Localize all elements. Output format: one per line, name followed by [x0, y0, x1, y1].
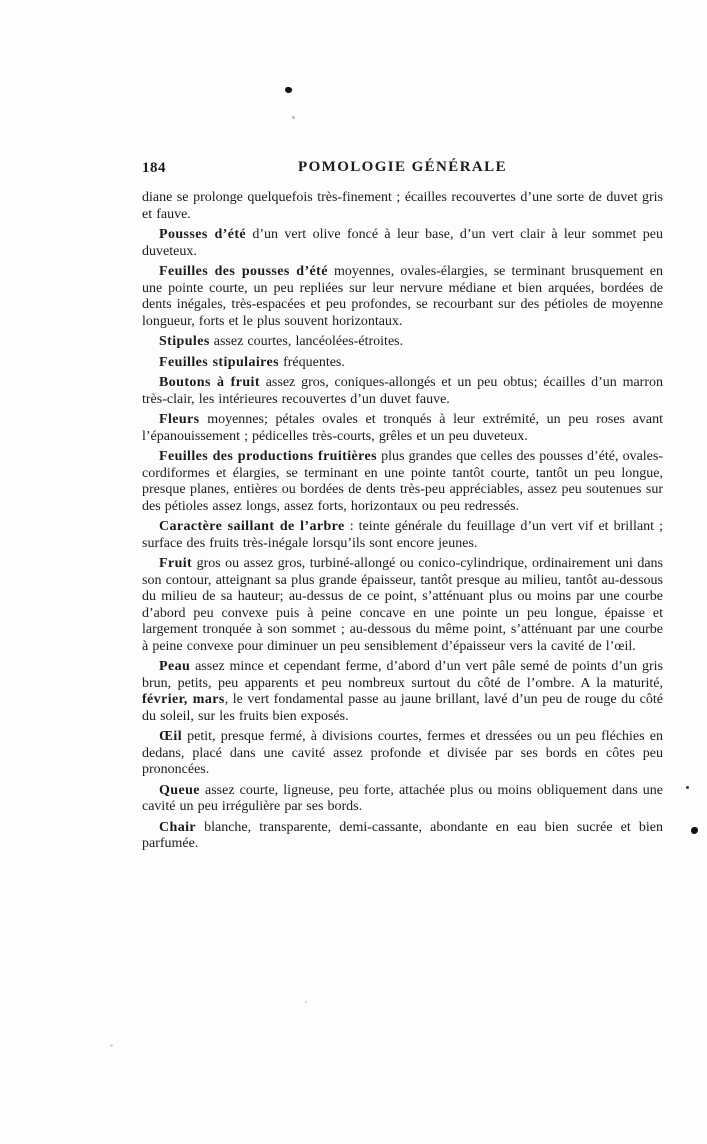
paragraph: Caractère saillant de l’arbre : teinte g…	[142, 519, 663, 552]
paragraph-text: fréquentes.	[279, 355, 345, 370]
bold-headword: Œil	[159, 729, 182, 744]
ink-speck	[292, 116, 295, 119]
paragraph-text: petit, presque fermé, à divisions courte…	[142, 729, 663, 777]
paragraph: Peau assez mince et cependant ferme, d’a…	[142, 659, 663, 725]
page-header: 184 POMOLOGIE GÉNÉRALE	[142, 159, 663, 179]
paragraph: Queue assez courte, ligneuse, peu forte,…	[142, 783, 663, 816]
paragraph-text: assez mince et cependant ferme, d’abord …	[142, 659, 663, 691]
page-number: 184	[142, 160, 166, 177]
paragraph: Œil petit, presque fermé, à divisions co…	[142, 729, 663, 779]
ink-speck	[110, 1044, 113, 1047]
bold-headword: Queue	[159, 783, 200, 798]
ink-speck	[691, 827, 698, 834]
paragraph-text: assez courte, ligneuse, peu forte, attac…	[142, 783, 663, 815]
paragraph-text: moyennes; pétales ovales et tronqués à l…	[142, 412, 663, 444]
paragraph-text: gros ou assez gros, turbiné-allongé ou c…	[142, 556, 663, 654]
ink-speck	[284, 86, 293, 94]
paragraph: Pousses d’été d’un vert olive foncé à le…	[142, 227, 663, 260]
paragraph: Boutons à fruit assez gros, coniques-all…	[142, 375, 663, 408]
paragraph: Feuilles stipulaires fréquentes.	[142, 355, 663, 372]
bold-headword: Chair	[159, 820, 196, 835]
bold-headword: Feuilles stipulaires	[159, 355, 279, 370]
bold-headword: Caractère saillant de l’arbre	[159, 519, 345, 534]
paragraph-text: diane se prolonge quelquefois très-finem…	[142, 190, 663, 222]
bold-headword: février, mars	[142, 692, 225, 707]
bold-headword: Fleurs	[159, 412, 200, 427]
bold-headword: Fruit	[159, 556, 192, 571]
book-page: 184 POMOLOGIE GÉNÉRALE diane se prolonge…	[0, 0, 707, 1144]
paragraph-text: assez courtes, lancéolées-étroites.	[210, 334, 403, 349]
page-body: diane se prolonge quelquefois très-finem…	[142, 190, 663, 857]
running-title: POMOLOGIE GÉNÉRALE	[142, 159, 663, 176]
paragraph: Stipules assez courtes, lancéolées-étroi…	[142, 334, 663, 351]
bold-headword: Feuilles des pousses d’été	[159, 264, 328, 279]
paragraph: Feuilles des pousses d’été moyennes, ova…	[142, 264, 663, 330]
bold-headword: Pousses d’été	[159, 227, 246, 242]
bold-headword: Boutons à fruit	[159, 375, 260, 390]
paragraph-text: blanche, transparente, demi-cassante, ab…	[142, 820, 663, 852]
ink-speck	[305, 1001, 307, 1003]
bold-headword: Peau	[159, 659, 190, 674]
paragraph: diane se prolonge quelquefois très-finem…	[142, 190, 663, 223]
paragraph: Feuilles des productions fruitières plus…	[142, 449, 663, 515]
paragraph: Fruit gros ou assez gros, turbiné-allong…	[142, 556, 663, 655]
paragraph: Chair blanche, transparente, demi-cassan…	[142, 820, 663, 853]
bold-headword: Feuilles des productions fruitières	[159, 449, 377, 464]
ink-speck	[686, 786, 689, 789]
bold-headword: Stipules	[159, 334, 210, 349]
paragraph: Fleurs moyennes; pétales ovales et tronq…	[142, 412, 663, 445]
